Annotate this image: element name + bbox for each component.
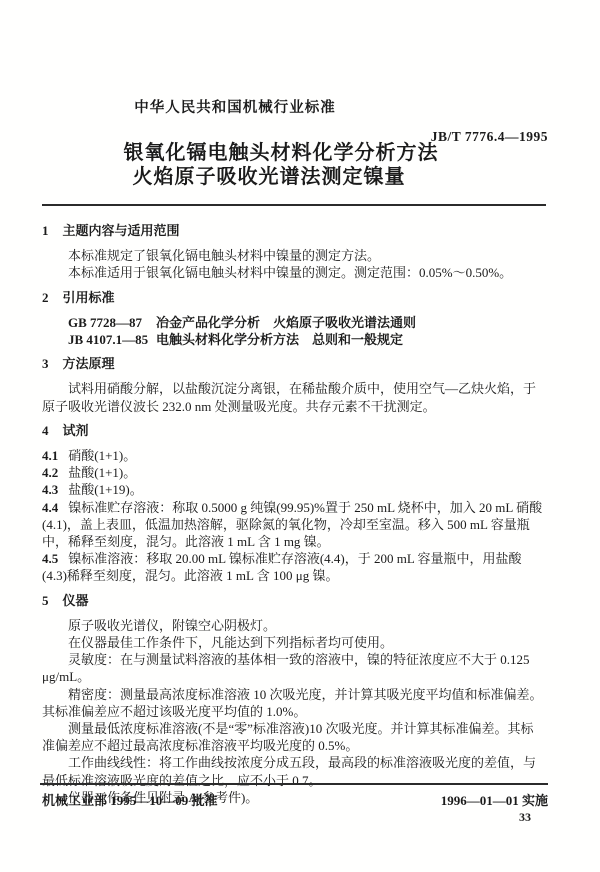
section-heading: 3方法原理 bbox=[42, 355, 544, 372]
section-title: 方法原理 bbox=[63, 356, 115, 371]
clause-number: 4.3 bbox=[42, 482, 58, 497]
section-apparatus: 5仪器 原子吸收光谱仪，附镍空心阴极灯。 在仪器最佳工作条件下，凡能达到下列指标… bbox=[42, 592, 544, 806]
footer: 机械工业部 1995—10—09 批准 1996—01—01 实施 bbox=[42, 790, 548, 809]
reference-title: 冶金产品化学分析 火焰原子吸收光谱法通则 bbox=[156, 315, 416, 330]
section-number: 1 bbox=[42, 223, 49, 238]
clause-item: 4.3盐酸(1+19)。 bbox=[42, 481, 544, 498]
reference-code: JB 4107.1—85 bbox=[68, 331, 156, 348]
reference-entry: GB 7728—87冶金产品化学分析 火焰原子吸收光谱法通则 bbox=[42, 314, 544, 331]
paragraph: 本标准规定了银氧化镉电触头材料中镍量的测定方法。 bbox=[42, 247, 544, 264]
clause-number: 4.5 bbox=[42, 551, 58, 566]
implementation-note: 1996—01—01 实施 bbox=[441, 790, 548, 809]
section-reagents: 4试剂 4.1硝酸(1+1)。 4.2盐酸(1+1)。 4.3盐酸(1+19)。… bbox=[42, 422, 544, 585]
section-title: 仪器 bbox=[63, 593, 89, 608]
paragraph: 原子吸收光谱仪，附镍空心阴极灯。 bbox=[42, 617, 544, 634]
section-scope: 1主题内容与适用范围 本标准规定了银氧化镉电触头材料中镍量的测定方法。 本标准适… bbox=[42, 222, 544, 282]
section-principle: 3方法原理 试料用硝酸分解，以盐酸沉淀分离银，在稀盐酸介质中，使用空气—乙炔火焰… bbox=[42, 355, 544, 415]
section-heading: 4试剂 bbox=[42, 422, 544, 439]
reference-title: 电触头材料化学分析方法 总则和一般规定 bbox=[156, 332, 403, 347]
clause-text: 镍标准溶液：移取 20.00 mL 镍标准贮存溶液(4.4)，于 200 mL … bbox=[42, 551, 522, 583]
clause-text: 盐酸(1+1)。 bbox=[68, 465, 136, 480]
reference-code: GB 7728—87 bbox=[68, 314, 156, 331]
paragraph: 本标准适用于银氧化镉电触头材料中镍量的测定。测定范围：0.05%～0.50%。 bbox=[42, 264, 544, 281]
clause-text: 硝酸(1+1)。 bbox=[68, 448, 136, 463]
section-title: 引用标准 bbox=[63, 290, 115, 305]
header-divider-rule bbox=[42, 204, 546, 206]
clause-item: 4.4镍标准贮存溶液：称取 0.5000 g 纯镍(99.95)%置于 250 … bbox=[42, 499, 544, 551]
document-title-line2: 火焰原子吸收光谱法测定镍量 bbox=[0, 160, 538, 189]
footer-divider-rule bbox=[40, 783, 548, 785]
paragraph: 在仪器最佳工作条件下，凡能达到下列指标者均可使用。 bbox=[42, 634, 544, 651]
paragraph: 试料用硝酸分解，以盐酸沉淀分离银，在稀盐酸介质中，使用空气—乙炔火焰，于原子吸收… bbox=[42, 380, 544, 414]
clause-item: 4.1硝酸(1+1)。 bbox=[42, 447, 544, 464]
paragraph: 灵敏度：在与测量试料溶液的基体相一致的溶液中，镍的特征浓度应不大于 0.125 … bbox=[42, 651, 544, 685]
clause-number: 4.4 bbox=[42, 500, 58, 515]
clause-text: 镍标准贮存溶液：称取 0.5000 g 纯镍(99.95)%置于 250 mL … bbox=[42, 500, 542, 549]
standard-category-title: 中华人民共和国机械行业标准 bbox=[20, 96, 450, 117]
clause-number: 4.1 bbox=[42, 448, 58, 463]
clause-item: 4.2盐酸(1+1)。 bbox=[42, 464, 544, 481]
paragraph: 测量最低浓度标准溶液(不是“零”标准溶液)10 次吸光度。并计算其标准偏差。其标… bbox=[42, 720, 544, 754]
section-references: 2引用标准 GB 7728—87冶金产品化学分析 火焰原子吸收光谱法通则 JB … bbox=[42, 289, 544, 349]
section-heading: 2引用标准 bbox=[42, 289, 544, 306]
section-number: 4 bbox=[42, 423, 49, 438]
section-heading: 5仪器 bbox=[42, 592, 544, 609]
section-title: 试剂 bbox=[63, 423, 89, 438]
clause-number: 4.2 bbox=[42, 465, 58, 480]
clause-item: 4.5镍标准溶液：移取 20.00 mL 镍标准贮存溶液(4.4)，于 200 … bbox=[42, 550, 544, 584]
reference-entry: JB 4107.1—85电触头材料化学分析方法 总则和一般规定 bbox=[42, 331, 544, 348]
section-number: 3 bbox=[42, 356, 49, 371]
section-number: 2 bbox=[42, 290, 49, 305]
clause-text: 盐酸(1+19)。 bbox=[68, 482, 143, 497]
section-heading: 1主题内容与适用范围 bbox=[42, 222, 544, 239]
document-page: 中华人民共和国机械行业标准 JB/T 7776.4—1995 银氧化镉电触头材料… bbox=[0, 0, 600, 872]
section-title: 主题内容与适用范围 bbox=[63, 223, 180, 238]
paragraph: 精密度：测量最高浓度标准溶液 10 次吸光度，并计算其吸光度平均值和标准偏差。其… bbox=[42, 686, 544, 720]
document-body: 1主题内容与适用范围 本标准规定了银氧化镉电触头材料中镍量的测定方法。 本标准适… bbox=[42, 215, 544, 806]
page-number: 33 bbox=[519, 810, 531, 825]
section-number: 5 bbox=[42, 593, 49, 608]
approval-note: 机械工业部 1995—10—09 批准 bbox=[42, 790, 218, 809]
